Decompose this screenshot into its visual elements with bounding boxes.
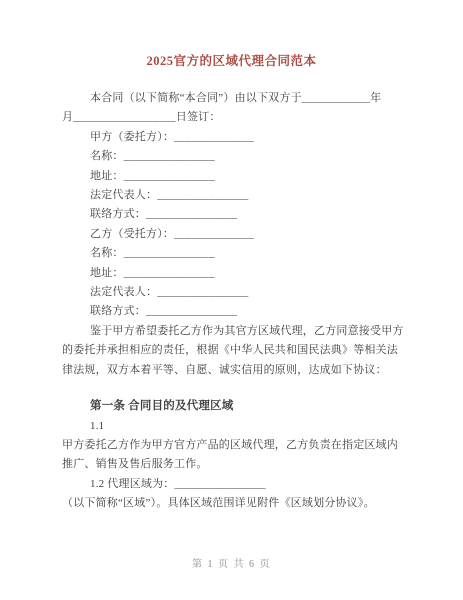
contract-body: 本合同（以下简称“本合同”）由以下双方于____________年 月_____… — [62, 89, 394, 514]
page-footer: 第 1 页 共 6 页 — [0, 555, 463, 570]
clause-1-1-line-2: 推广、销售及售后服务工作。 — [62, 455, 394, 474]
clause-1-1-number: 1.1 — [62, 417, 394, 436]
party-a-contact-line: 联络方式：________________ — [62, 205, 394, 224]
party-b-contact-line: 联络方式：________________ — [62, 302, 394, 321]
whereas-line-1: 鉴于甲方希望委托乙方作为其官方区域代理，乙方同意接受甲方 — [62, 322, 394, 341]
whereas-line-2: 的委托并承担相应的责任，根据《中华人民共和国民法典》等相关法 — [62, 341, 394, 360]
intro-line-2: 月__________________日签订： — [62, 108, 394, 127]
party-a-line: 甲方（委托方）：______________ — [62, 128, 394, 147]
party-b-line: 乙方（受托方）：______________ — [62, 225, 394, 244]
clause-1-2-note-line: （以下简称“区域”）。具体区域范围详见附件《区域划分协议》。 — [62, 494, 394, 513]
clause-1-2-line: 1.2 代理区域为：________________ — [62, 475, 394, 494]
party-b-name-line: 名称：________________ — [62, 244, 394, 263]
party-b-representative-line: 法定代表人：________________ — [62, 283, 394, 302]
party-b-address-line: 地址：________________ — [62, 264, 394, 283]
party-a-representative-line: 法定代表人：________________ — [62, 186, 394, 205]
party-a-address-line: 地址：________________ — [62, 167, 394, 186]
intro-line-1: 本合同（以下简称“本合同”）由以下双方于____________年 — [62, 89, 394, 108]
section-1-heading: 第一条 合同目的及代理区域 — [62, 397, 394, 416]
party-a-name-line: 名称：________________ — [62, 147, 394, 166]
whereas-line-3: 律法规，双方本着平等、自愿、诚实信用的原则，达成如下协议： — [62, 361, 394, 380]
document-page: 2025官方的区域代理合同范本 本合同（以下简称“本合同”）由以下双方于____… — [0, 0, 463, 600]
clause-1-1-line-1: 甲方委托乙方作为甲方官方产品的区域代理，乙方负责在指定区域内 — [62, 436, 394, 455]
page-title: 2025官方的区域代理合同范本 — [0, 51, 463, 69]
